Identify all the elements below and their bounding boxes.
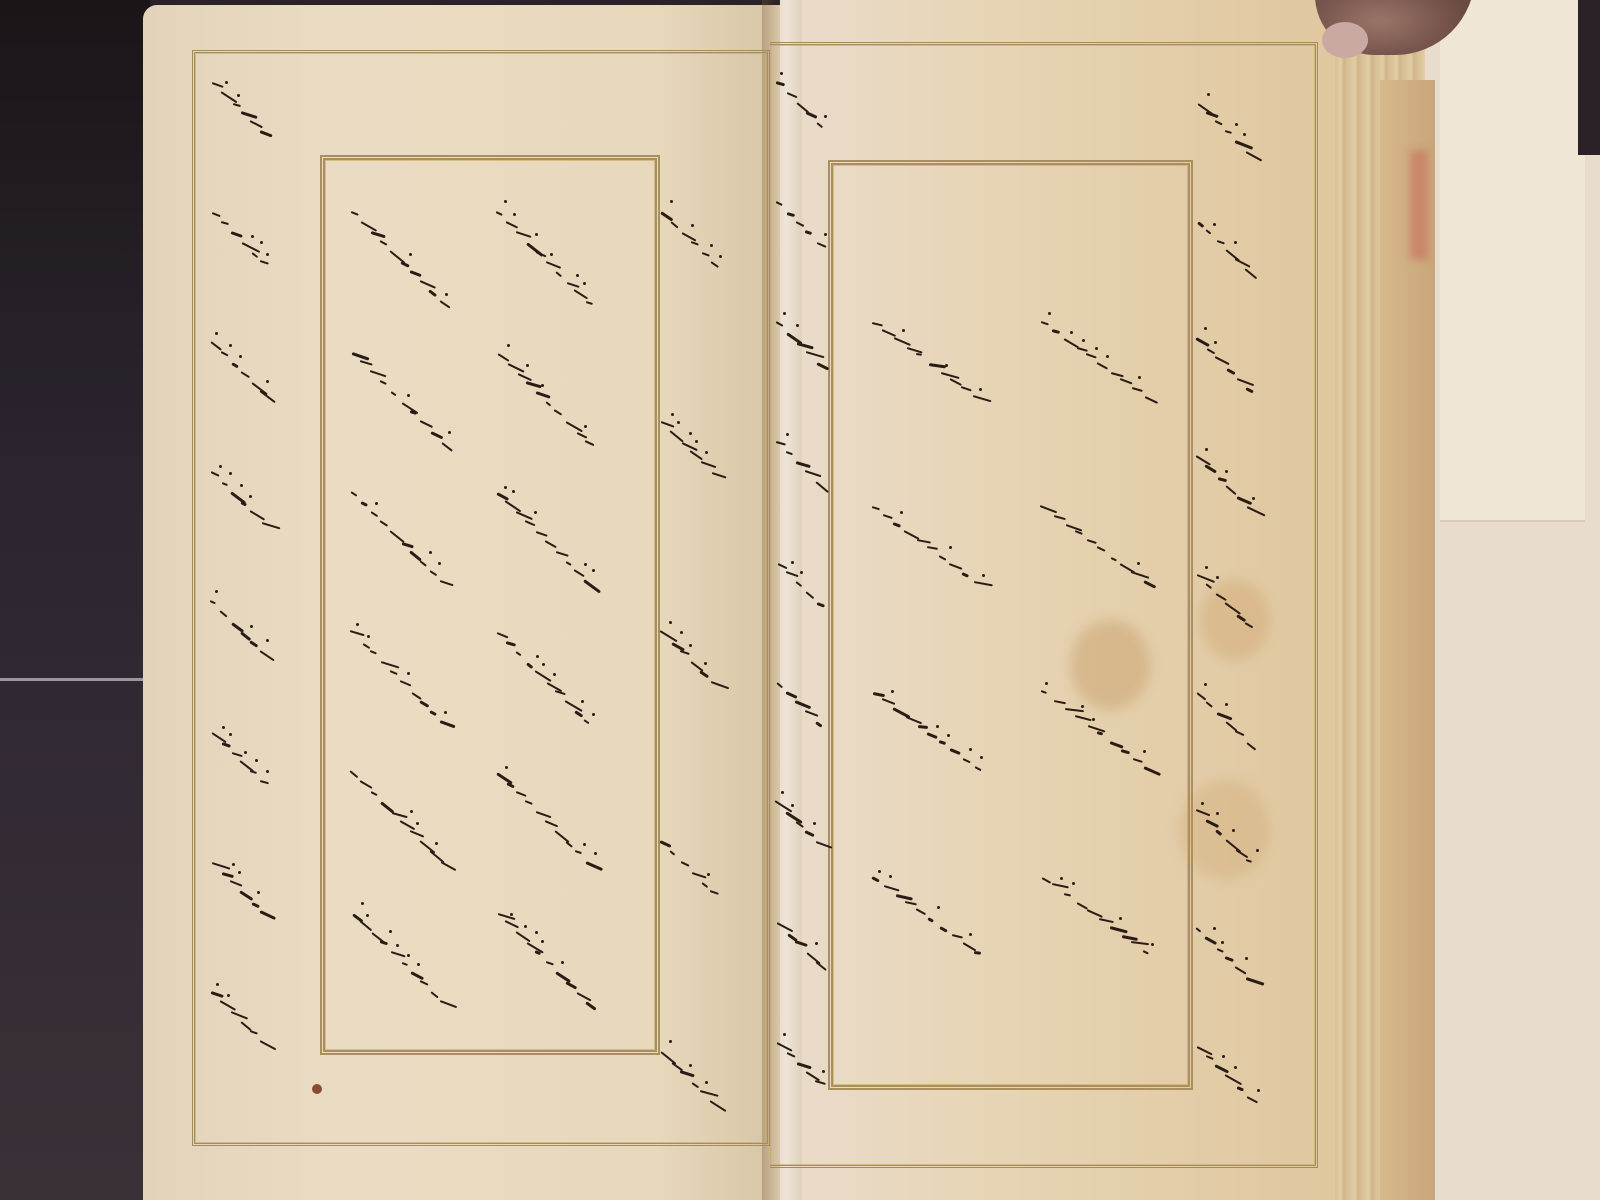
- ink-dot: [947, 734, 950, 737]
- ink-dot: [417, 963, 420, 966]
- ink-stroke: [918, 725, 928, 729]
- ink-dot: [1245, 957, 1248, 960]
- ink-dot: [669, 621, 672, 624]
- tabletop-seam: [0, 678, 145, 681]
- ink-dot: [669, 1040, 672, 1043]
- ink-dot: [705, 451, 708, 454]
- ink-dot: [813, 822, 816, 825]
- ink-dot: [541, 384, 544, 387]
- dark-tabletop-left: [0, 0, 150, 1200]
- ink-dot: [1048, 312, 1051, 315]
- ink-dot: [584, 563, 587, 566]
- ink-spot: [312, 1084, 322, 1094]
- ink-dot: [594, 852, 597, 855]
- ink-dot: [1119, 917, 1122, 920]
- ink-stroke: [974, 951, 981, 955]
- ink-dot: [902, 329, 905, 332]
- ink-dot: [366, 914, 369, 917]
- ink-dot: [878, 870, 881, 873]
- water-stain: [1070, 620, 1150, 710]
- ink-dot: [561, 961, 564, 964]
- ink-dot: [407, 394, 410, 397]
- ink-dot: [361, 902, 364, 905]
- ink-dot: [505, 766, 508, 769]
- fingernail: [1322, 22, 1368, 58]
- ink-dot: [581, 700, 584, 703]
- ink-dot: [266, 770, 269, 773]
- ink-dot: [550, 253, 553, 256]
- right-inner-frame: [828, 160, 1193, 1090]
- ink-dot: [1207, 93, 1210, 96]
- ink-dot: [266, 380, 269, 383]
- ink-dot: [1234, 241, 1237, 244]
- ink-dot: [513, 213, 516, 216]
- ink-dot: [936, 725, 939, 728]
- ink-dot: [504, 486, 507, 489]
- ink-dot: [237, 94, 240, 97]
- ink-dot: [429, 551, 432, 554]
- ink-dot: [1060, 877, 1063, 880]
- ink-dot: [356, 623, 359, 626]
- ink-dot: [710, 244, 713, 247]
- paper-card-right: [1440, 0, 1585, 522]
- ink-dot: [1216, 576, 1219, 579]
- ink-dot: [541, 940, 544, 943]
- ink-dot: [791, 561, 794, 564]
- ink-dot: [266, 253, 269, 256]
- ink-dot: [783, 1033, 786, 1036]
- ink-dot: [1138, 376, 1141, 379]
- ink-dot: [266, 639, 269, 642]
- ink-dot: [677, 421, 680, 424]
- dark-corner-right: [1578, 0, 1600, 155]
- left-inner-frame: [320, 155, 660, 1055]
- ink-dot: [512, 490, 515, 493]
- ink-dot: [1214, 341, 1217, 344]
- ink-dot: [889, 875, 892, 878]
- ink-dot: [1232, 829, 1235, 832]
- ink-dot: [553, 673, 556, 676]
- ink-dot: [536, 655, 539, 658]
- red-stain-edge: [1410, 150, 1428, 260]
- ink-dot: [670, 200, 673, 203]
- ink-dot: [705, 1081, 708, 1084]
- ink-dot: [1045, 682, 1048, 685]
- ink-dot: [982, 574, 985, 577]
- ink-dot: [680, 631, 683, 634]
- ink-dot: [707, 873, 710, 876]
- ink-dot: [215, 590, 218, 593]
- ink-dot: [407, 954, 410, 957]
- ink-dot: [1106, 355, 1109, 358]
- ink-dot: [507, 344, 510, 347]
- ink-dot: [219, 465, 222, 468]
- ink-dot: [979, 388, 982, 391]
- ink-dot: [1204, 683, 1207, 686]
- ink-dot: [249, 495, 252, 498]
- ink-dot: [222, 726, 225, 729]
- ink-dot: [592, 569, 595, 572]
- ink-dot: [1222, 1055, 1225, 1058]
- ink-dot: [945, 364, 948, 367]
- ink-dot: [671, 413, 674, 416]
- ink-dot: [1095, 347, 1098, 350]
- ink-dot: [719, 255, 722, 258]
- ink-dot: [229, 472, 232, 475]
- ink-dot: [822, 1070, 825, 1073]
- ink-dot: [232, 863, 235, 866]
- ink-dot: [900, 511, 903, 514]
- ink-dot: [445, 293, 448, 296]
- ink-dot: [542, 663, 545, 666]
- ink-dot: [780, 72, 783, 75]
- ink-dot: [583, 843, 586, 846]
- water-stain: [1200, 580, 1270, 660]
- ink-dot: [260, 241, 263, 244]
- ink-dot: [535, 931, 538, 934]
- ink-dot: [1256, 849, 1259, 852]
- ink-dot: [1225, 470, 1228, 473]
- ink-dot: [815, 942, 818, 945]
- water-stain: [1180, 780, 1270, 880]
